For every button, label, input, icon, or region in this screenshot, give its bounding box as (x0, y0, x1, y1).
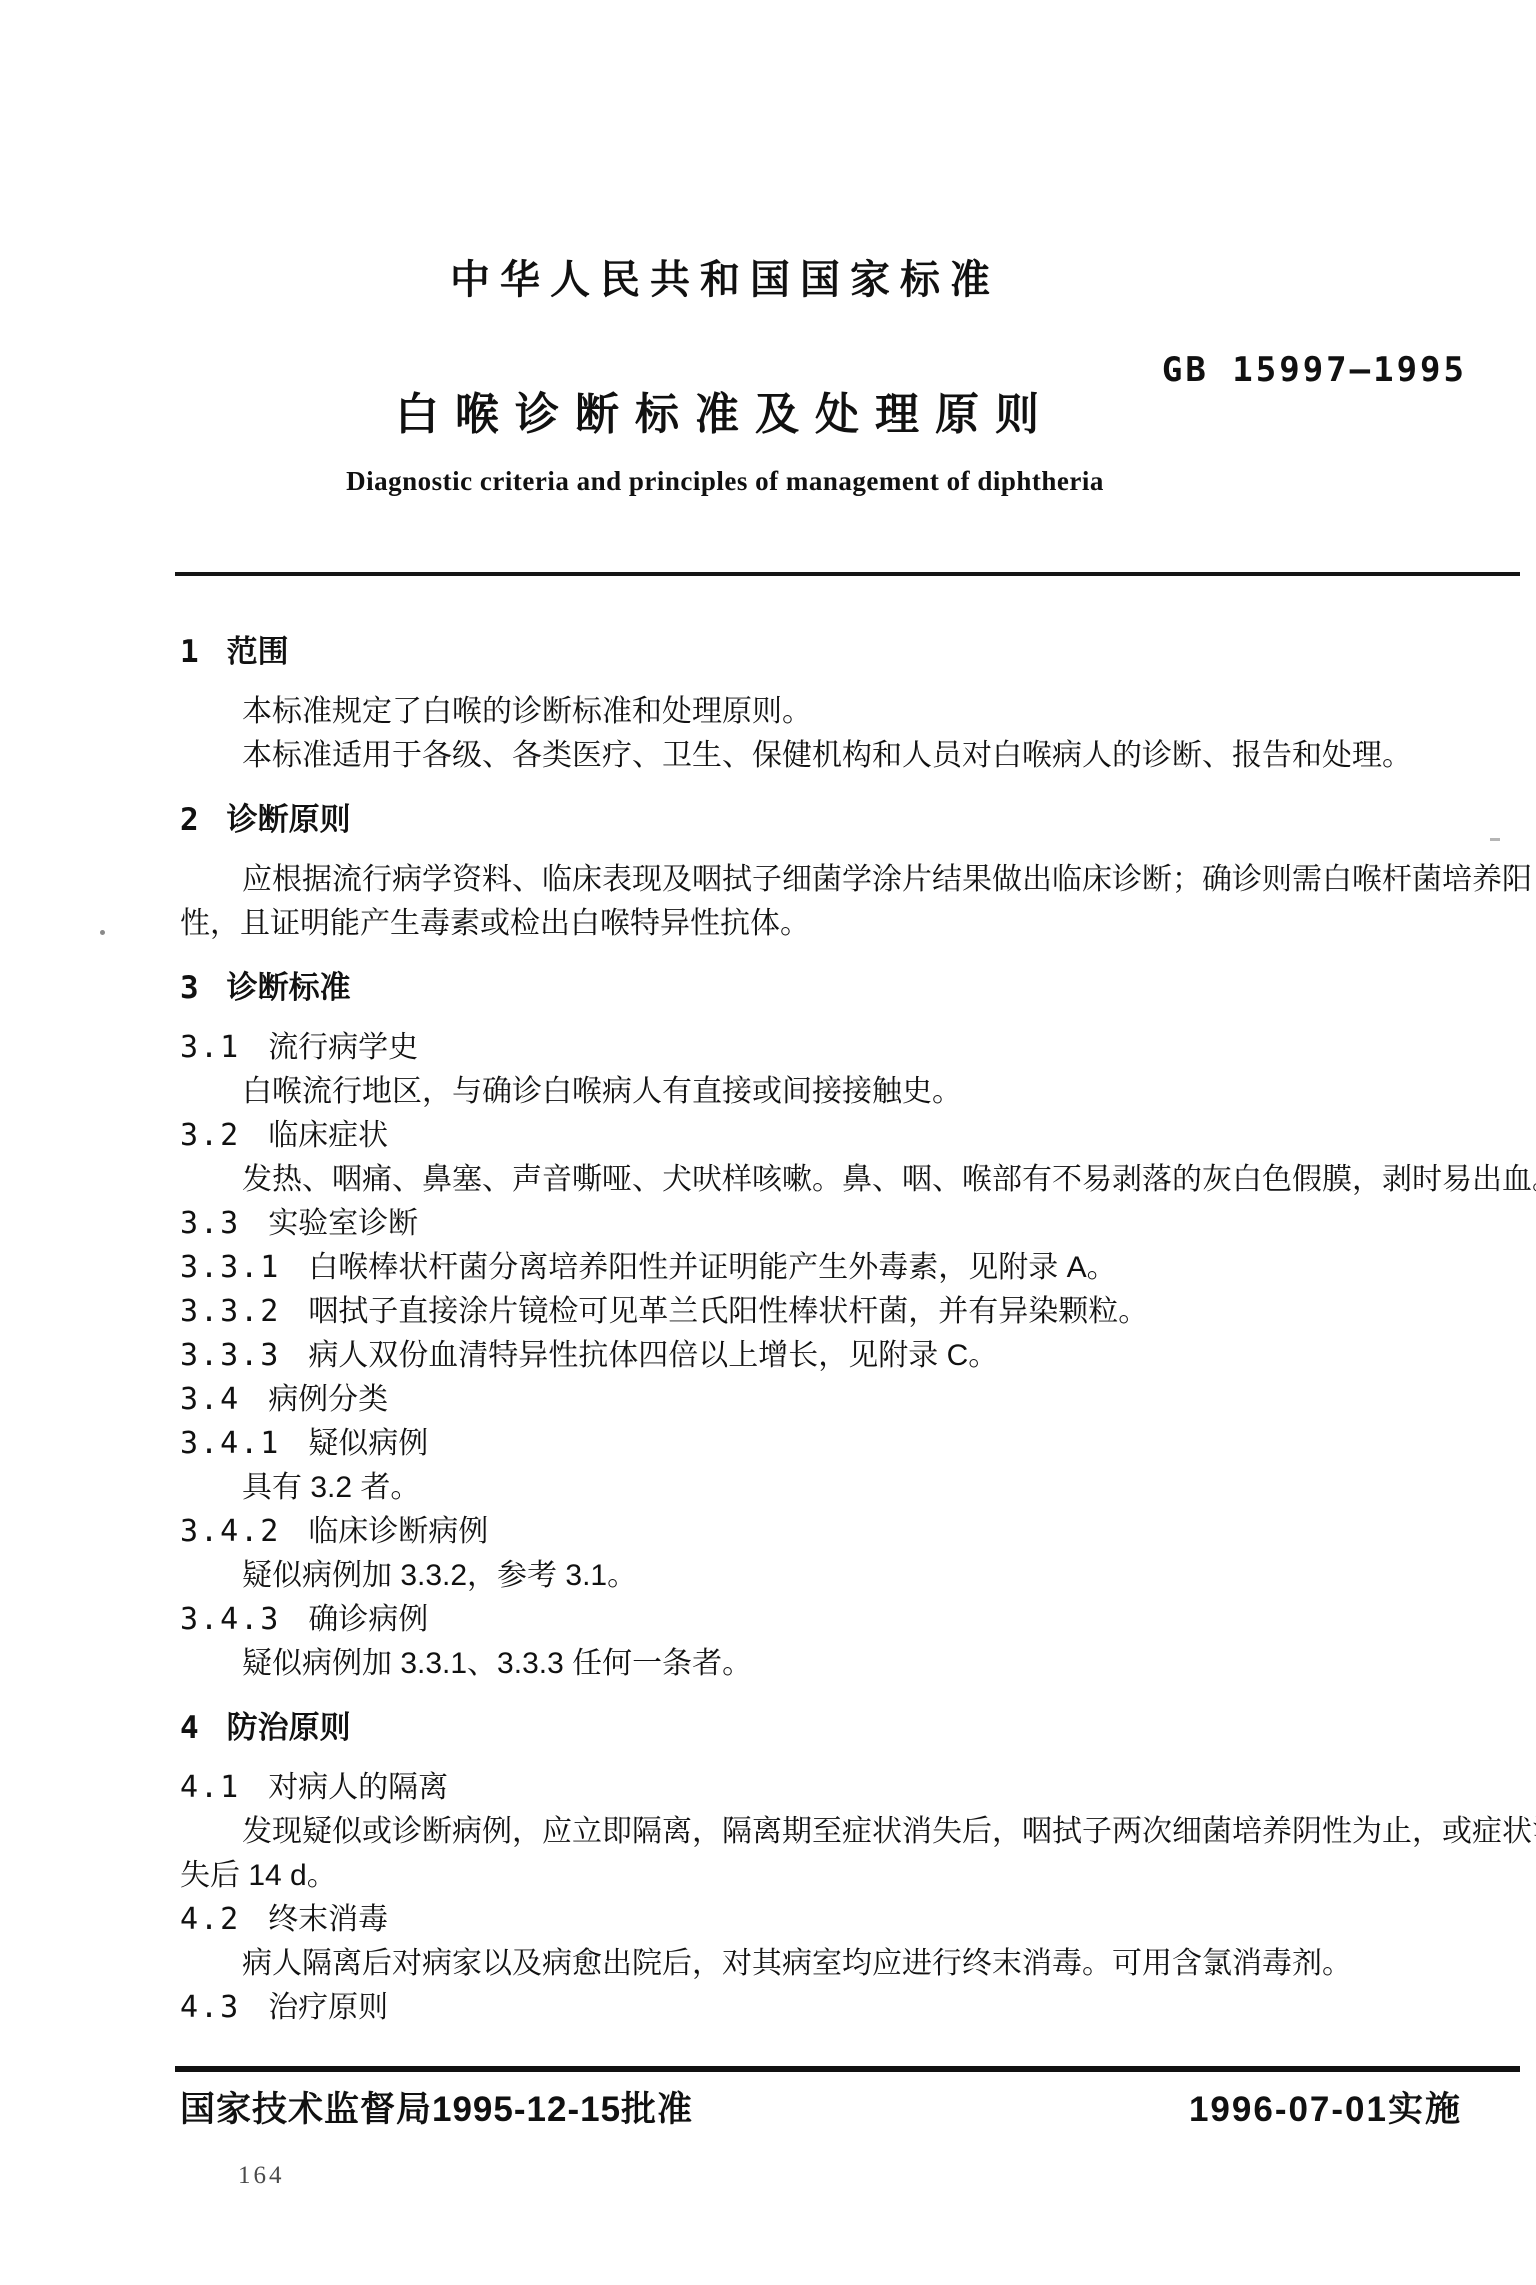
section-heading: 3诊断标准 (180, 966, 1492, 1010)
scan-artifact-mark (1490, 838, 1500, 841)
paragraph-line: 白喉流行地区，与确诊白喉病人有直接或间接接触史。 (180, 1070, 1492, 1114)
section-number: 3.2 (180, 1118, 240, 1153)
paragraph-line: 本标准规定了白喉的诊断标准和处理原则。 (180, 690, 1492, 734)
subsection-line: 3.2临床症状 (180, 1114, 1492, 1158)
section-number: 4.2 (180, 1902, 240, 1937)
paragraph-line: 疑似病例加 3.3.1、3.3.3 任何一条者。 (180, 1642, 1492, 1686)
paragraph-line: 具有 3.2 者。 (180, 1466, 1492, 1510)
section-heading: 4防治原则 (180, 1706, 1492, 1750)
header-divider-rule (175, 572, 1520, 576)
subsection-line: 3.4.3确诊病例 (180, 1598, 1492, 1642)
section-title: 白喉棒状杆菌分离培养阳性并证明能产生外毒素，见附录 A。 (308, 1251, 1116, 1284)
section-title: 确诊病例 (308, 1603, 428, 1636)
section-number: 1 (180, 634, 201, 670)
section-number: 3.1 (180, 1030, 240, 1065)
paragraph-line: 疑似病例加 3.3.2，参考 3.1。 (180, 1554, 1492, 1598)
section-number: 2 (180, 802, 201, 838)
national-standard-label: 中华人民共和国国家标准 (150, 248, 1300, 305)
paragraph-line: 发热、咽痛、鼻塞、声音嘶哑、犬吠样咳嗽。鼻、咽、喉部有不易剥落的灰白色假膜，剥时… (180, 1158, 1492, 1202)
section-number: 3.3.2 (180, 1294, 280, 1329)
subsection-line: 3.3.2咽拭子直接涂片镜检可见革兰氏阳性棒状杆菌，并有异染颗粒。 (180, 1290, 1492, 1334)
document-body: 1范围本标准规定了白喉的诊断标准和处理原则。本标准适用于各级、各类医疗、卫生、保… (180, 610, 1492, 2030)
section-title: 终末消毒 (268, 1903, 388, 1936)
paragraph-line: 应根据流行病学资料、临床表现及咽拭子细菌学涂片结果做出临床诊断；确诊则需白喉杆菌… (180, 858, 1492, 902)
paragraph-line: 发现疑似或诊断病例，应立即隔离，隔离期至症状消失后，咽拭子两次细菌培养阴性为止，… (180, 1810, 1492, 1854)
subsection-line: 3.4.1疑似病例 (180, 1422, 1492, 1466)
paragraph-line: 失后 14 d。 (180, 1854, 1492, 1898)
section-title: 咽拭子直接涂片镜检可见革兰氏阳性棒状杆菌，并有异染颗粒。 (308, 1295, 1148, 1328)
section-title: 诊断标准 (227, 970, 351, 1005)
section-title: 对病人的隔离 (268, 1771, 448, 1804)
subsection-line: 3.3.1白喉棒状杆菌分离培养阳性并证明能产生外毒素，见附录 A。 (180, 1246, 1492, 1290)
section-number: 3.3 (180, 1206, 240, 1241)
section-title: 病人双份血清特异性抗体四倍以上增长，见附录 C。 (308, 1339, 998, 1372)
paragraph-line: 性，且证明能产生毒素或检出白喉特异性抗体。 (180, 902, 1492, 946)
subsection-line: 4.3治疗原则 (180, 1986, 1492, 2030)
section-title: 诊断原则 (227, 802, 351, 837)
section-title: 临床症状 (268, 1119, 388, 1152)
section-title: 防治原则 (227, 1710, 351, 1745)
section-number: 4.3 (180, 1990, 240, 2025)
section-number: 3.4 (180, 1382, 240, 1417)
section-number: 3.4.2 (180, 1514, 280, 1549)
standard-document-page: 中华人民共和国国家标准 GB 15997—1995 白喉诊断标准及处理原则 Di… (0, 0, 1536, 2285)
section-title: 临床诊断病例 (308, 1515, 488, 1548)
section-number: 3.3.3 (180, 1338, 280, 1373)
subsection-line: 3.4.2临床诊断病例 (180, 1510, 1492, 1554)
page-number: 164 (238, 2162, 285, 2190)
scan-artifact-dot (100, 930, 105, 935)
paragraph-line: 本标准适用于各级、各类医疗、卫生、保健机构和人员对白喉病人的诊断、报告和处理。 (180, 734, 1492, 778)
section-title: 疑似病例 (308, 1427, 428, 1460)
subsection-line: 3.4病例分类 (180, 1378, 1492, 1422)
document-title-zh: 白喉诊断标准及处理原则 (150, 378, 1300, 442)
section-number: 4.1 (180, 1770, 240, 1805)
section-number: 4 (180, 1710, 201, 1746)
section-heading: 1范围 (180, 630, 1492, 674)
approval-note: 国家技术监督局1995-12-15批准 (180, 2082, 693, 2132)
section-number: 3.3.1 (180, 1250, 280, 1285)
section-title: 病例分类 (268, 1383, 388, 1416)
subsection-line: 3.3实验室诊断 (180, 1202, 1492, 1246)
document-title-en: Diagnostic criteria and principles of ma… (150, 466, 1300, 497)
section-heading: 2诊断原则 (180, 798, 1492, 842)
section-title: 实验室诊断 (268, 1207, 418, 1240)
section-title: 流行病学史 (268, 1031, 418, 1064)
section-number: 3.4.3 (180, 1602, 280, 1637)
subsection-line: 4.1对病人的隔离 (180, 1766, 1492, 1810)
paragraph-line: 病人隔离后对病家以及病愈出院后，对其病室均应进行终末消毒。可用含氯消毒剂。 (180, 1942, 1492, 1986)
section-number: 3.4.1 (180, 1426, 280, 1461)
section-number: 3 (180, 970, 201, 1006)
subsection-line: 3.1流行病学史 (180, 1026, 1492, 1070)
section-title: 治疗原则 (268, 1991, 388, 2024)
section-title: 范围 (227, 634, 289, 669)
subsection-line: 4.2终末消毒 (180, 1898, 1492, 1942)
footer-divider-rule (175, 2066, 1520, 2072)
subsection-line: 3.3.3病人双份血清特异性抗体四倍以上增长，见附录 C。 (180, 1334, 1492, 1378)
implementation-note: 1996-07-01实施 (1189, 2082, 1462, 2132)
